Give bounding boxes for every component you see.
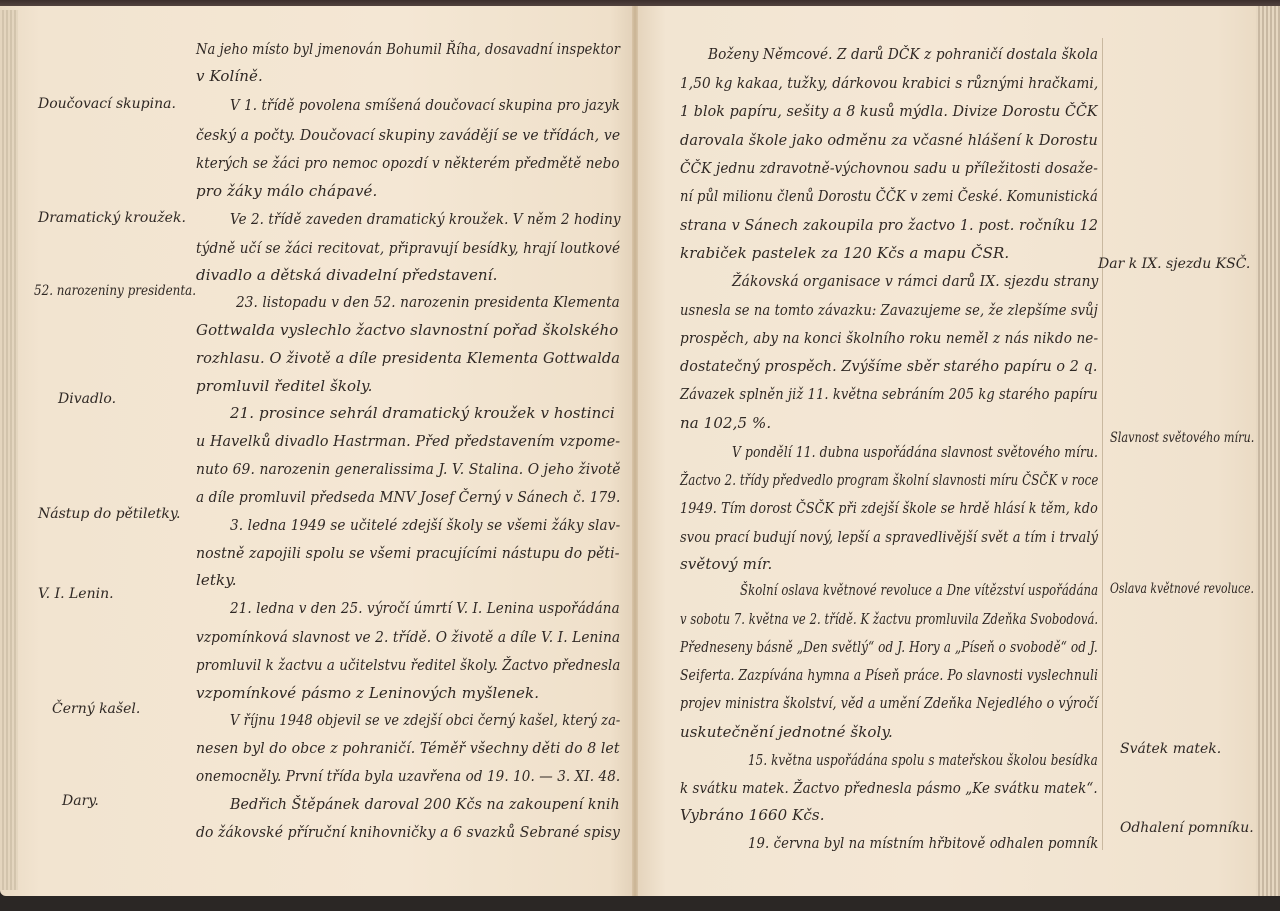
book-cover-bottom xyxy=(0,896,1280,911)
handwritten-line: nuto 69. narozenin generalissima J. V. S… xyxy=(196,460,621,478)
left-page-edges xyxy=(0,10,18,890)
handwritten-line: Na jeho místo byl jmenován Bohumil Říha,… xyxy=(196,40,620,58)
margin-note: Dary. xyxy=(62,793,99,809)
book-gutter xyxy=(632,6,638,896)
handwritten-line: onemocněly. První třída byla uzavřena od… xyxy=(196,767,620,785)
handwritten-line: v sobotu 7. května ve 2. třídě. K žactvu… xyxy=(680,610,1098,628)
handwritten-line: nostně zapojili spolu se všemi pracující… xyxy=(196,544,620,562)
handwritten-line: darovala škole jako odměnu za včasné hlá… xyxy=(680,131,1098,149)
handwritten-line: ní půl milionu členů Dorostu ČČK v zemi … xyxy=(680,187,1098,205)
handwritten-line: český a počty. Doučovací skupiny zaváděj… xyxy=(196,126,620,144)
margin-note: Divadlo. xyxy=(58,391,116,407)
margin-note: Dar k IX. sjezdu KSČ. xyxy=(1098,256,1250,272)
handwritten-line: Žactvo 2. třídy předvedlo program školní… xyxy=(680,471,1098,489)
handwritten-line: Seiferta. Zazpívána hymna a Píseň práce.… xyxy=(680,666,1098,684)
handwritten-line: V 1. třídě povolena smíšená doučovací sk… xyxy=(230,96,620,114)
handwritten-line: V říjnu 1948 objevil se ve zdejší obci č… xyxy=(230,711,620,729)
handwritten-line: 3. ledna 1949 se učitelé zdejší školy se… xyxy=(230,516,620,534)
handwritten-line: kterých se žáci pro nemoc opozdí v někte… xyxy=(196,154,620,172)
margin-note: Nástup do pětiletky. xyxy=(38,506,180,522)
margin-note: 52. narozeniny presidenta. xyxy=(34,283,196,299)
handwritten-line: pro žáky málo chápavé. xyxy=(196,182,377,200)
handwritten-line: 21. prosince sehrál dramatický kroužek v… xyxy=(230,404,615,422)
handwritten-line: Předneseny básně „Den světlý“ od J. Hory… xyxy=(680,638,1098,656)
handwritten-line: 1,50 kg kakaa, tužky, dárkovou krabici s… xyxy=(680,74,1098,92)
margin-note: Svátek matek. xyxy=(1120,741,1221,757)
handwritten-line: divadlo a dětská divadelní představení. xyxy=(196,266,497,284)
handwritten-line: Ve 2. třídě zaveden dramatický kroužek. … xyxy=(230,210,621,228)
margin-note: V. I. Lenin. xyxy=(38,586,114,602)
margin-note: Oslava květnové revoluce. xyxy=(1110,581,1254,597)
margin-note: Dramatický kroužek. xyxy=(38,210,186,226)
handwritten-line: 19. června byl na místním hřbitově odhal… xyxy=(748,834,1098,852)
handwritten-line: 21. ledna v den 25. výročí úmrtí V. I. L… xyxy=(230,599,620,617)
handwritten-line: vzpomínkové pásmo z Leninových myšlenek. xyxy=(196,684,539,702)
handwritten-line: v Kolíně. xyxy=(196,67,263,85)
handwritten-line: V pondělí 11. dubna uspořádána slavnost … xyxy=(732,443,1098,461)
handwritten-line: prospěch, aby na konci školního roku nem… xyxy=(680,329,1098,347)
handwritten-line: týdně učí se žáci recitovat, připravují … xyxy=(196,239,620,257)
handwritten-line: svou prací budují nový, lepší a spravedl… xyxy=(680,528,1098,546)
handwritten-line: letky. xyxy=(196,571,237,589)
handwritten-line: Boženy Němcové. Z darů DČK z pohraničí d… xyxy=(708,45,1098,63)
handwritten-line: usnesla se na tomto závazku: Zavazujeme … xyxy=(680,301,1098,319)
handwritten-line: k svátku matek. Žactvo přednesla pásmo „… xyxy=(680,779,1098,797)
handwritten-line: promluvil ředitel školy. xyxy=(196,377,373,395)
right-page-edges xyxy=(1256,6,1280,896)
handwritten-line: uskutečnění jednotné školy. xyxy=(680,723,893,741)
handwritten-line: Žákovská organisace v rámci darů IX. sje… xyxy=(732,272,1098,290)
handwritten-line: na 102,5 %. xyxy=(680,414,771,432)
handwritten-line: projev ministra školství, věd a umění Zd… xyxy=(680,694,1098,712)
handwritten-line: 23. listopadu v den 52. narozenin presid… xyxy=(236,293,620,311)
margin-note: Doučovací skupina. xyxy=(38,96,176,112)
handwritten-line: dostatečný prospěch. Zvýšíme sběr staréh… xyxy=(680,357,1098,375)
right-margin-rule xyxy=(1102,38,1103,850)
margin-note: Černý kašel. xyxy=(52,701,140,717)
handwritten-line: Závazek splněn již 11. května sebráním 2… xyxy=(680,385,1098,403)
handwritten-line: Školní oslava květnové revoluce a Dne ví… xyxy=(740,581,1098,599)
handwritten-line: světový mír. xyxy=(680,555,772,573)
handwritten-line: 15. května uspořádána spolu s mateřskou … xyxy=(748,751,1098,769)
handwritten-line: promluvil k žactvu a učitelstvu ředitel … xyxy=(196,656,620,674)
handwritten-line: Bedřich Štěpánek daroval 200 Kčs na zako… xyxy=(230,795,620,813)
handwritten-line: strana v Sánech zakoupila pro žactvo 1. … xyxy=(680,216,1098,234)
handwritten-line: krabiček pastelek za 120 Kčs a mapu ČSR. xyxy=(680,244,1009,262)
handwritten-line: Gottwalda vyslechlo žactvo slavnostní po… xyxy=(196,321,618,339)
handwritten-line: a díle promluvil předseda MNV Josef Čern… xyxy=(196,488,620,506)
handwritten-line: ČČK jednu zdravotně-výchovnou sadu u pří… xyxy=(680,159,1098,177)
handwritten-line: nesen byl do obce z pohraničí. Téměř vše… xyxy=(196,739,620,757)
margin-note: Slavnost světového míru. xyxy=(1110,430,1254,446)
handwritten-line: 1 blok papíru, sešity a 8 kusů mýdla. Di… xyxy=(680,102,1098,120)
margin-note: Odhalení pomníku. xyxy=(1120,820,1254,836)
handwritten-line: u Havelků divadlo Hastrman. Před předsta… xyxy=(196,432,620,450)
handwritten-line: vzpomínková slavnost ve 2. třídě. O živo… xyxy=(196,628,620,646)
open-chronicle-book: Doučovací skupina.Dramatický kroužek.52.… xyxy=(0,0,1280,911)
handwritten-line: do žákovské příruční knihovničky a 6 sva… xyxy=(196,823,620,841)
handwritten-line: rozhlasu. O životě a díle presidenta Kle… xyxy=(196,349,620,367)
handwritten-line: Vybráno 1660 Kčs. xyxy=(680,806,825,824)
handwritten-line: 1949. Tím dorost ČSČK při zdejší škole s… xyxy=(680,499,1098,517)
